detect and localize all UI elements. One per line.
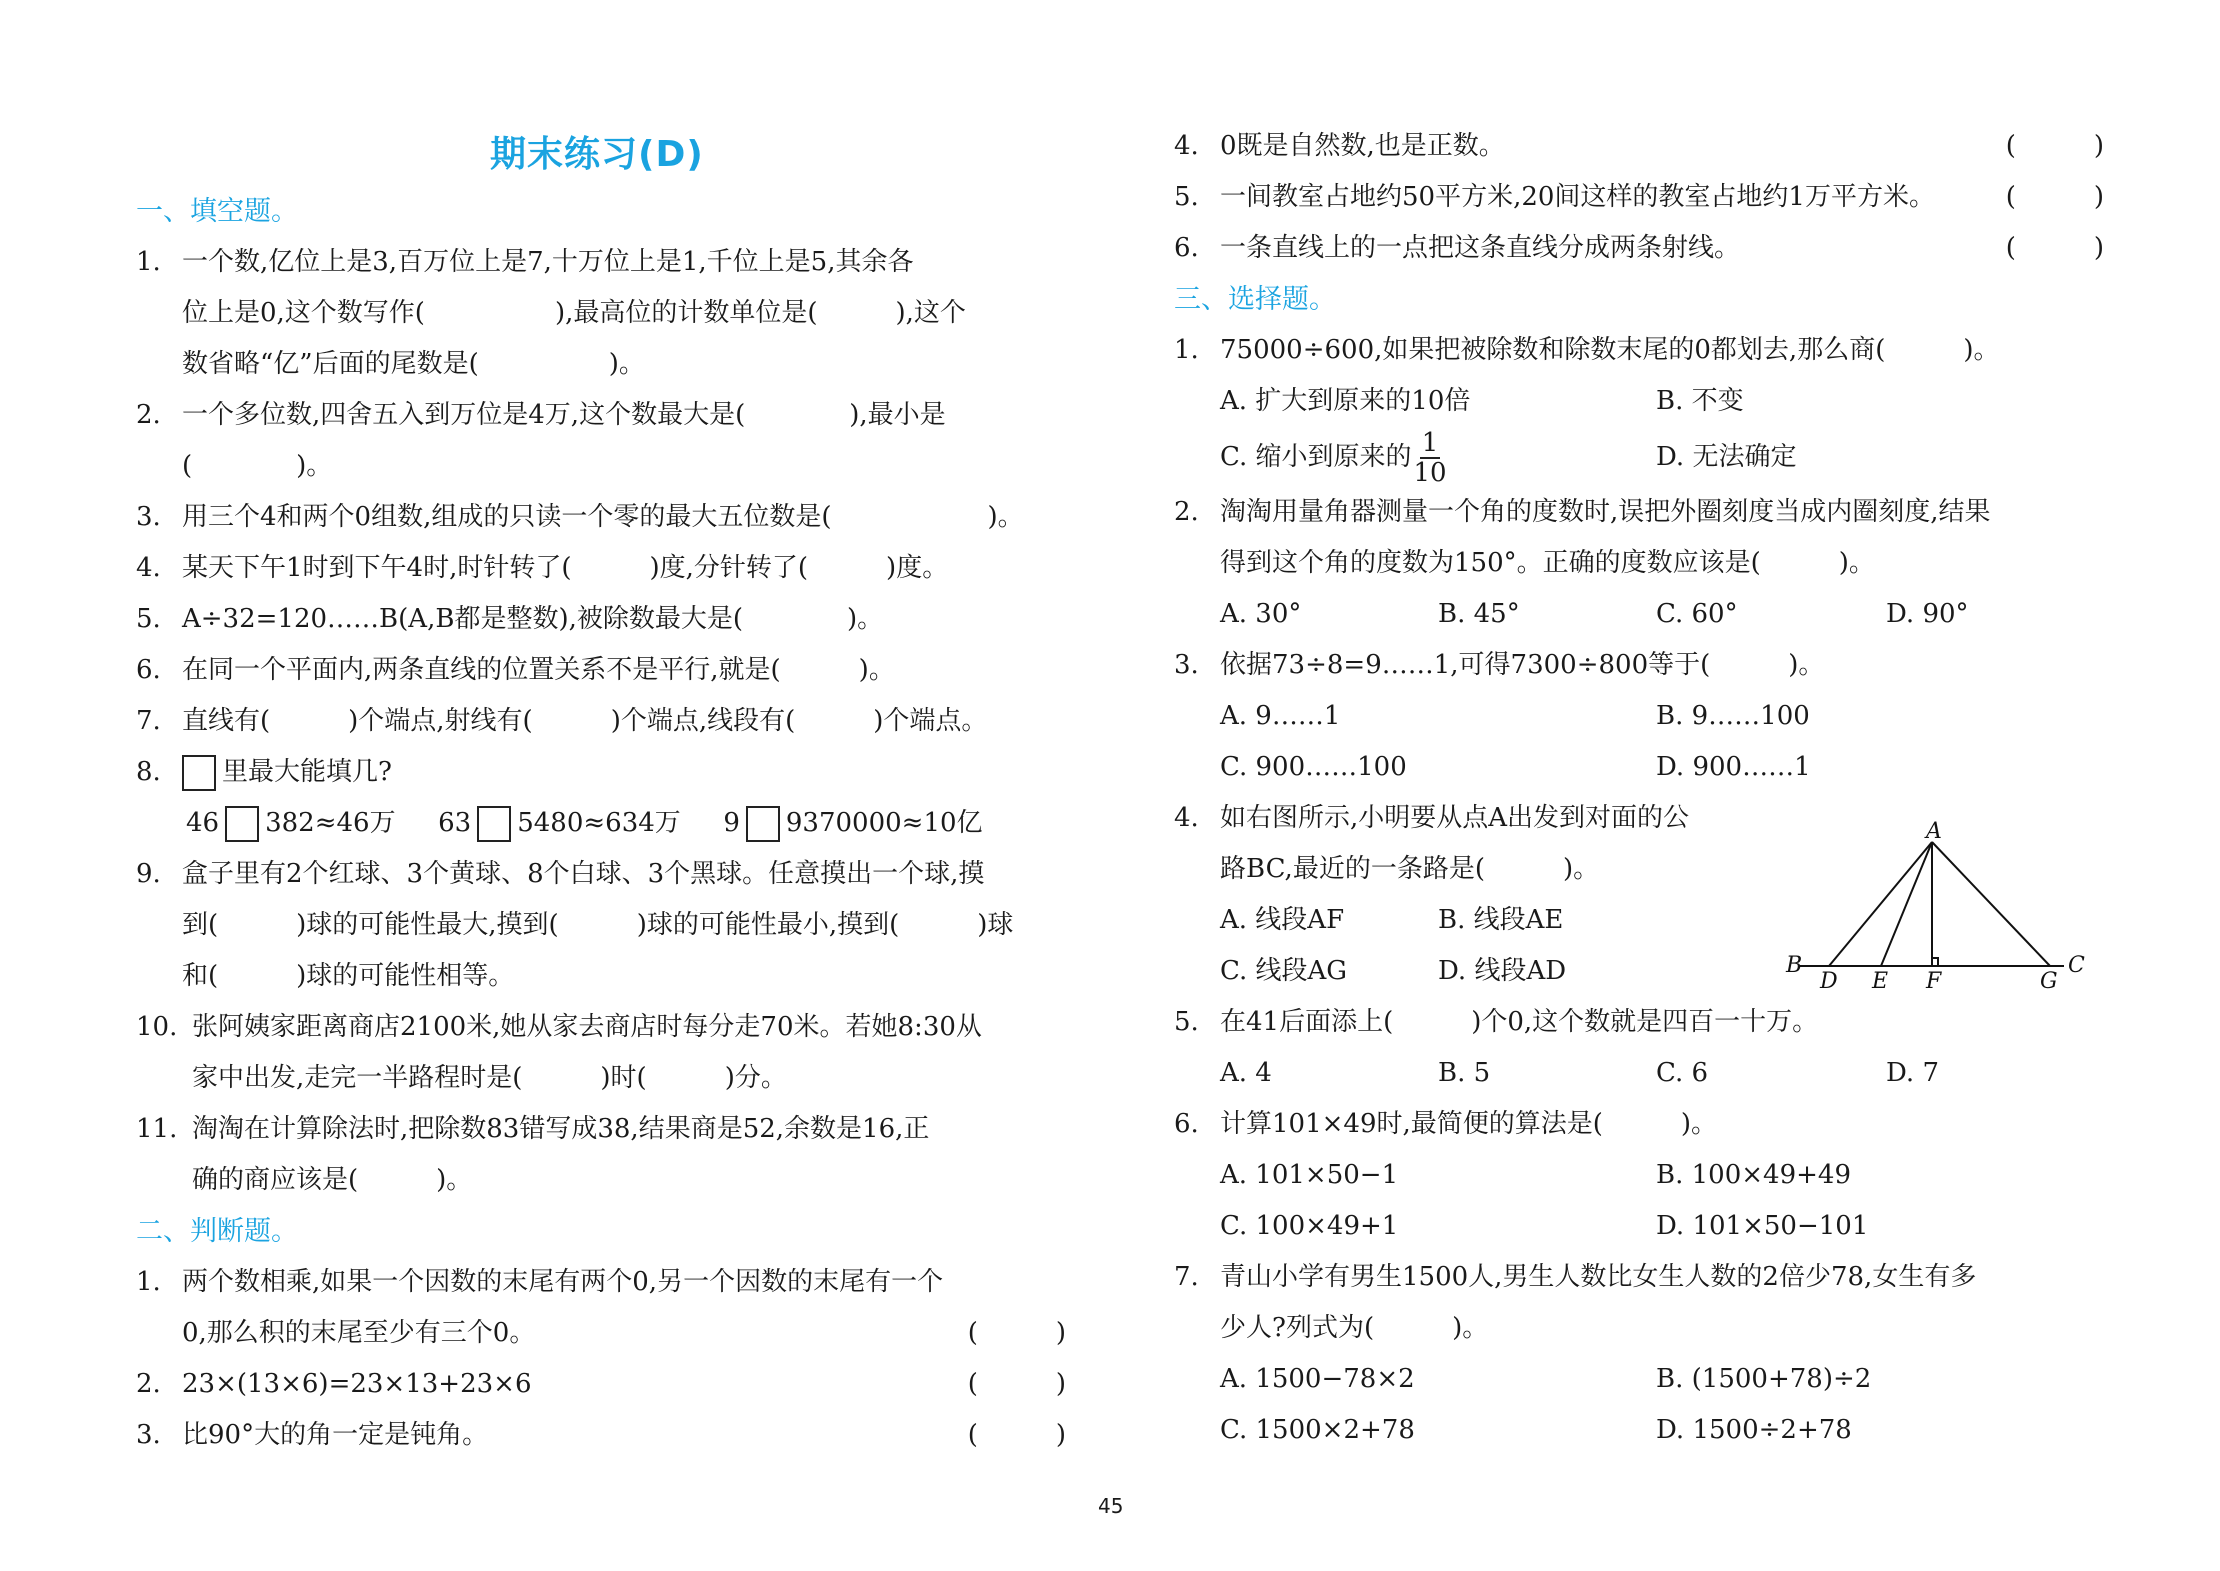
question-judge-2: 2. 23×(13×6)=23×13+23×6( ): [136, 1359, 1066, 1410]
label-c: C: [2068, 953, 2085, 978]
option-a[interactable]: A. 9……1: [1220, 691, 1656, 742]
question-text: 淘淘在计算除法时,把除数83错写成38,结果商是52,余数是16,正: [192, 1104, 1066, 1155]
option-a[interactable]: A. 30°: [1220, 589, 1438, 640]
answer-parentheses[interactable]: ( ): [968, 1308, 1066, 1359]
question-text: 青山小学有男生1500人,男生人数比女生人数的2倍少78,女生有多: [1220, 1252, 2104, 1303]
option-c[interactable]: C. 缩小到原来的110: [1220, 427, 1656, 487]
question-text: 家中出发,走完一半路程时是( )时( )分。: [192, 1053, 1066, 1104]
question-number: 4.: [1174, 793, 1199, 844]
label-d: D: [1819, 969, 1838, 994]
label-g: G: [2040, 969, 2058, 994]
option-a[interactable]: A. 1500−78×2: [1220, 1354, 1656, 1405]
question-number: 6.: [1174, 223, 1199, 274]
question-judge-1: 1. 两个数相乘,如果一个因数的末尾有两个0,另一个因数的末尾有一个 0,那么积…: [136, 1257, 1066, 1359]
option-c[interactable]: C. 100×49+1: [1220, 1201, 1656, 1252]
option-text: C. 缩小到原来的: [1220, 442, 1412, 472]
answer-box[interactable]: [477, 806, 511, 842]
question-number: 3.: [136, 492, 161, 543]
question-number: 4.: [1174, 121, 1199, 172]
question-fill-10: 10. 张阿姨家距离商店2100米,她从家去商店时每分走70米。若她8:30从 …: [136, 1002, 1066, 1104]
question-choice-7: 7. 青山小学有男生1500人,男生人数比女生人数的2倍少78,女生有多 少人?…: [1174, 1252, 2104, 1354]
section-heading-fill: 一、填空题。: [136, 186, 1066, 237]
question-choice-1: 1. 75000÷600,如果把被除数和除数末尾的0都划去,那么商( )。: [1174, 325, 2104, 376]
option-c[interactable]: C. 60°: [1656, 589, 1886, 640]
question-text: 计算101×49时,最简便的算法是( )。: [1220, 1099, 2104, 1150]
answer-parentheses[interactable]: ( ): [2006, 223, 2104, 274]
question-number: 6.: [136, 645, 161, 696]
answer-parentheses[interactable]: ( ): [968, 1359, 1066, 1410]
question-choice-6: 6. 计算101×49时,最简便的算法是( )。: [1174, 1099, 2104, 1150]
option-b[interactable]: B. (1500+78)÷2: [1656, 1354, 1871, 1405]
question-choice-5: 5. 在41后面添上( )个0,这个数就是四百一十万。: [1174, 997, 2104, 1048]
question-text: 在同一个平面内,两条直线的位置关系不是平行,就是( )。: [182, 645, 1066, 696]
question-number: 7.: [1174, 1252, 1199, 1303]
estimate-prefix: 46: [186, 808, 219, 838]
left-column: 一、填空题。 1. 一个数,亿位上是3,百万位上是7,十万位上是1,千位上是5,…: [136, 186, 1066, 1461]
question-judge-6: 6. 一条直线上的一点把这条直线分成两条射线。( ): [1174, 223, 2104, 274]
question-choice-2: 2. 淘淘用量角器测量一个角的度数时,误把外圈刻度当成内圈刻度,结果 得到这个角…: [1174, 487, 2104, 589]
label-e: E: [1871, 969, 1888, 994]
estimate-suffix: 9370000≈10亿: [786, 808, 983, 838]
question-text: 到( )球的可能性最大,摸到( )球的可能性最小,摸到( )球: [182, 900, 1066, 951]
question-fill-2: 2. 一个多位数,四舍五入到万位是4万,这个数最大是( ),最小是 ( )。: [136, 390, 1066, 492]
question-text: 0,那么积的末尾至少有三个0。: [182, 1318, 535, 1348]
question-number: 2.: [136, 1359, 161, 1410]
question-text: 一个数,亿位上是3,百万位上是7,十万位上是1,千位上是5,其余各: [182, 237, 1066, 288]
option-c[interactable]: C. 900……100: [1220, 742, 1656, 793]
question-text: 用三个4和两个0组数,组成的只读一个零的最大五位数是( )。: [182, 492, 1066, 543]
page-number: 45: [1098, 1494, 1123, 1518]
label-a: A: [1924, 820, 1942, 844]
question-fill-3: 3. 用三个4和两个0组数,组成的只读一个零的最大五位数是( )。: [136, 492, 1066, 543]
option-d[interactable]: D. 90°: [1886, 589, 1969, 640]
label-b: B: [1785, 953, 1802, 978]
option-c[interactable]: C. 1500×2+78: [1220, 1405, 1656, 1456]
question-number: 2.: [136, 390, 161, 441]
answer-box[interactable]: [225, 806, 259, 842]
question-fill-8: 8. 里最大能填几? 46382≈46万 635480≈634万 9937000…: [136, 747, 1066, 849]
question-text: 23×(13×6)=23×13+23×6: [182, 1369, 532, 1399]
question-text: 两个数相乘,如果一个因数的末尾有两个0,另一个因数的末尾有一个: [182, 1257, 1066, 1308]
question-text: 得到这个角的度数为150°。正确的度数应该是( )。: [1220, 538, 2104, 589]
question-number: 1.: [1174, 325, 1199, 376]
question-text: A÷32=120……B(A,B都是整数),被除数最大是( )。: [182, 594, 1066, 645]
option-a[interactable]: A. 线段AF: [1220, 895, 1438, 946]
answer-parentheses[interactable]: ( ): [2006, 121, 2104, 172]
question-text: 位上是0,这个数写作( ),最高位的计数单位是( ),这个: [182, 288, 1066, 339]
question-text: 比90°大的角一定是钝角。: [182, 1420, 488, 1450]
question-judge-5: 5. 一间教室占地约50平方米,20间这样的教室占地约1万平方米。( ): [1174, 172, 2104, 223]
answer-box[interactable]: [746, 806, 780, 842]
question-text: 依据73÷8=9……1,可得7300÷800等于( )。: [1220, 640, 2104, 691]
question-text: 盒子里有2个红球、3个黄球、8个白球、3个黑球。任意摸出一个球,摸: [182, 849, 1066, 900]
question-text: 一条直线上的一点把这条直线分成两条射线。: [1220, 233, 1740, 263]
question-number: 5.: [1174, 172, 1199, 223]
triangle-diagram: A B C D E F G: [1780, 820, 2120, 1000]
question-fill-9: 9. 盒子里有2个红球、3个黄球、8个白球、3个黑球。任意摸出一个球,摸 到( …: [136, 849, 1066, 1002]
question-fill-11: 11. 淘淘在计算除法时,把除数83错写成38,结果商是52,余数是16,正 确…: [136, 1104, 1066, 1206]
option-d[interactable]: D. 线段AD: [1438, 946, 1566, 997]
question-text: 淘淘用量角器测量一个角的度数时,误把外圈刻度当成内圈刻度,结果: [1220, 487, 2104, 538]
option-d[interactable]: D. 无法确定: [1656, 427, 1796, 487]
option-b[interactable]: B. 45°: [1438, 589, 1656, 640]
question-judge-4: 4. 0既是自然数,也是正数。( ): [1174, 121, 2104, 172]
answer-box[interactable]: [182, 755, 216, 791]
question-number: 3.: [136, 1410, 161, 1461]
option-c[interactable]: C. 线段AG: [1220, 946, 1438, 997]
question-text: 直线有( )个端点,射线有( )个端点,线段有( )个端点。: [182, 696, 1066, 747]
question-text: 某天下午1时到下午4时,时针转了( )度,分针转了( )度。: [182, 543, 1066, 594]
question-fill-7: 7. 直线有( )个端点,射线有( )个端点,线段有( )个端点。: [136, 696, 1066, 747]
question-fill-4: 4. 某天下午1时到下午4时,时针转了( )度,分针转了( )度。: [136, 543, 1066, 594]
question-number: 3.: [1174, 640, 1199, 691]
option-b[interactable]: B. 不变: [1656, 376, 1744, 427]
answer-parentheses[interactable]: ( ): [2006, 172, 2104, 223]
question-choice-3: 3. 依据73÷8=9……1,可得7300÷800等于( )。: [1174, 640, 2104, 691]
question-fill-1: 1. 一个数,亿位上是3,百万位上是7,十万位上是1,千位上是5,其余各 位上是…: [136, 237, 1066, 390]
question-text: 75000÷600,如果把被除数和除数末尾的0都划去,那么商( )。: [1220, 325, 2104, 376]
question-number: 10.: [136, 1002, 177, 1053]
estimate-prefix: 9: [723, 808, 740, 838]
question-text: 数省略“亿”后面的尾数是( )。: [182, 339, 1066, 390]
question-judge-3: 3. 比90°大的角一定是钝角。( ): [136, 1410, 1066, 1461]
right-column: 4. 0既是自然数,也是正数。( ) 5. 一间教室占地约50平方米,20间这样…: [1174, 121, 2104, 1456]
section-heading-judge: 二、判断题。: [136, 1206, 1066, 1257]
question-text: 少人?列式为( )。: [1220, 1303, 2104, 1354]
option-d[interactable]: D. 900……1: [1656, 742, 1811, 793]
section-heading-choice: 三、选择题。: [1174, 274, 2104, 325]
question-number: 11.: [136, 1104, 177, 1155]
question-text: 一间教室占地约50平方米,20间这样的教室占地约1万平方米。: [1220, 182, 1935, 212]
option-b[interactable]: B. 线段AE: [1438, 895, 1563, 946]
question-fill-5: 5. A÷32=120……B(A,B都是整数),被除数最大是( )。: [136, 594, 1066, 645]
question-number: 2.: [1174, 487, 1199, 538]
question-text: 和( )球的可能性相等。: [182, 951, 1066, 1002]
answer-parentheses[interactable]: ( ): [968, 1410, 1066, 1461]
estimate-suffix: 382≈46万: [265, 808, 396, 838]
question-number: 9.: [136, 849, 161, 900]
page-title: 期末练习(D): [490, 126, 704, 177]
question-number: 4.: [136, 543, 161, 594]
option-d[interactable]: D. 101×50−101: [1656, 1201, 1868, 1252]
question-number: 1.: [136, 1257, 161, 1308]
question-number: 6.: [1174, 1099, 1199, 1150]
option-b[interactable]: B. 100×49+49: [1656, 1150, 1851, 1201]
question-fill-6: 6. 在同一个平面内,两条直线的位置关系不是平行,就是( )。: [136, 645, 1066, 696]
fraction: 110: [1414, 429, 1447, 487]
question-text: 一个多位数,四舍五入到万位是4万,这个数最大是( ),最小是: [182, 390, 1066, 441]
estimate-suffix: 5480≈634万: [517, 808, 681, 838]
question-number: 8.: [136, 747, 161, 798]
question-text: ( )。: [182, 441, 1066, 492]
question-text: 0既是自然数,也是正数。: [1220, 131, 1505, 161]
question-text: 在41后面添上( )个0,这个数就是四百一十万。: [1220, 997, 2104, 1048]
option-d[interactable]: D. 1500÷2+78: [1656, 1405, 1852, 1456]
question-number: 7.: [136, 696, 161, 747]
question-text: 确的商应该是( )。: [192, 1155, 1066, 1206]
estimate-prefix: 63: [438, 808, 471, 838]
option-a[interactable]: A. 扩大到原来的10倍: [1220, 376, 1656, 427]
question-text: 里最大能填几?: [222, 757, 392, 787]
label-f: F: [1925, 969, 1942, 994]
option-a[interactable]: A. 101×50−1: [1220, 1150, 1656, 1201]
question-number: 1.: [136, 237, 161, 288]
option-d[interactable]: D. 7: [1886, 1048, 1939, 1099]
option-b[interactable]: B. 9……100: [1656, 691, 1810, 742]
option-a[interactable]: A. 4: [1220, 1048, 1438, 1099]
question-number: 5.: [136, 594, 161, 645]
option-b[interactable]: B. 5: [1438, 1048, 1656, 1099]
option-c[interactable]: C. 6: [1656, 1048, 1886, 1099]
question-number: 5.: [1174, 997, 1199, 1048]
question-text: 张阿姨家距离商店2100米,她从家去商店时每分走70米。若她8:30从: [192, 1002, 1066, 1053]
